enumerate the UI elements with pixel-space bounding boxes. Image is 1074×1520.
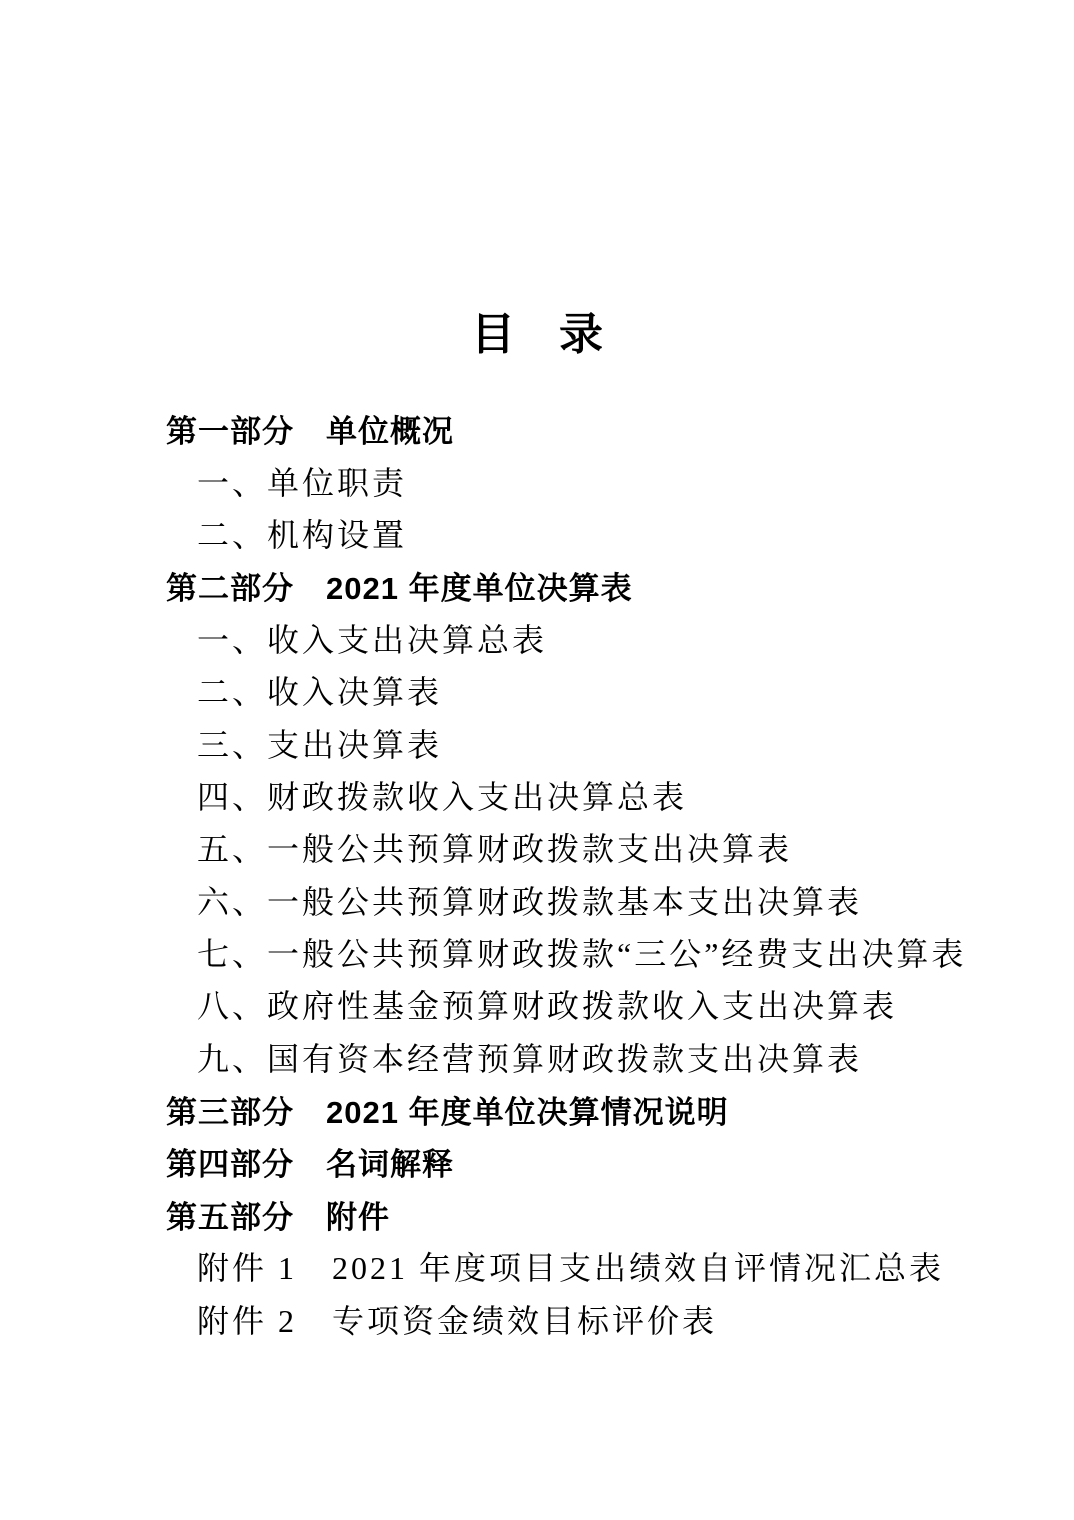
toc-item-2-3: 三、支出决算表 [166, 716, 974, 768]
toc-item-2-4: 四、财政拨款收入支出决算总表 [166, 769, 974, 821]
toc-item-1-1: 一、单位职责 [166, 454, 974, 506]
toc-item-1-2: 二、机构设置 [166, 507, 974, 559]
toc-item-2-9: 九、国有资本经营预算财政拨款支出决算表 [166, 1031, 974, 1083]
toc-item-2-7: 七、一般公共预算财政拨款“三公”经费支出决算表 [166, 926, 974, 978]
toc-attachment-1: 附件 1 2021 年度项目支出绩效自评情况汇总表 [166, 1240, 974, 1292]
toc-item-2-5: 五、一般公共预算财政拨款支出决算表 [166, 821, 974, 873]
toc-part-1: 第一部分 单位概况 [166, 402, 974, 454]
toc-item-2-2: 二、收入决算表 [166, 664, 974, 716]
toc-list: 第一部分 单位概况 一、单位职责 二、机构设置 第二部分 2021 年度单位决算… [166, 402, 974, 1345]
page-title: 目 录 [0, 310, 1074, 360]
toc-attachment-2: 附件 2 专项资金绩效目标评价表 [166, 1293, 974, 1345]
toc-part-3: 第三部分 2021 年度单位决算情况说明 [166, 1083, 974, 1135]
toc-item-2-1: 一、收入支出决算总表 [166, 612, 974, 664]
toc-item-2-8: 八、政府性基金预算财政拨款收入支出决算表 [166, 978, 974, 1030]
toc-part-4: 第四部分 名词解释 [166, 1135, 974, 1187]
toc-part-2: 第二部分 2021 年度单位决算表 [166, 559, 974, 611]
document-page: 目 录 第一部分 单位概况 一、单位职责 二、机构设置 第二部分 2021 年度… [0, 0, 1074, 1520]
toc-item-2-6: 六、一般公共预算财政拨款基本支出决算表 [166, 874, 974, 926]
toc-part-5: 第五部分 附件 [166, 1188, 974, 1240]
